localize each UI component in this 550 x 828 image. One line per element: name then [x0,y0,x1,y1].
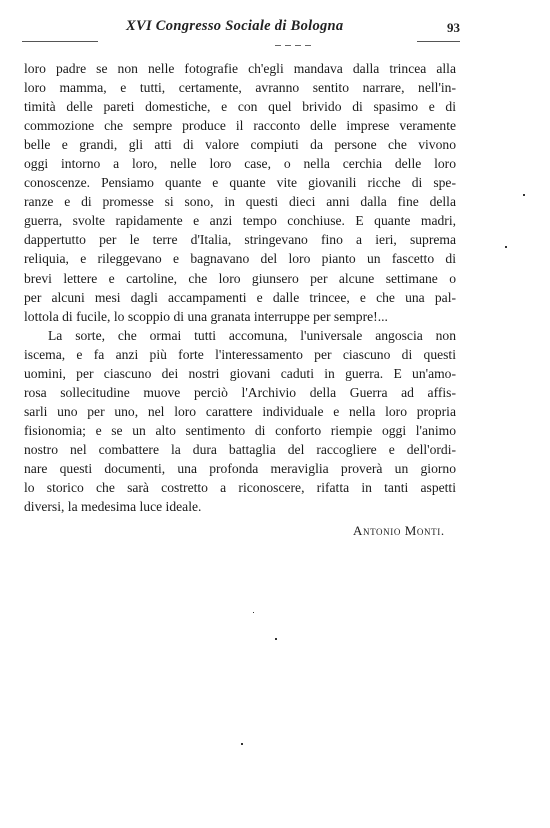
scan-speck [241,743,243,745]
text-line: sarli uno per uno, nel loro carattere in… [24,402,456,421]
body-text: loro padre se non nelle fotografie ch'eg… [24,59,456,516]
text-line: per alcuni mesi dagli accampamenti e dal… [24,288,456,307]
text-line: lo storico che sarà costretto a riconosc… [24,478,456,497]
text-line: timità delle pareti domestiche, e con qu… [24,97,456,116]
text-line: oggi intorno a loro, nelle loro case, o … [24,154,456,173]
text-line: dappertutto per le terre d'Italia, strin… [24,230,456,249]
text-line: rosa sollecitudine muove perciò l'Archiv… [24,383,456,402]
text-line: brevi lettere e cartoline, che loro giun… [24,269,456,288]
text-line: nare questi documenti, una profonda mera… [24,459,456,478]
header-rule-left [22,41,98,42]
text-line: loro padre se non nelle fotografie ch'eg… [24,59,456,78]
page-number: 93 [447,20,460,36]
text-line: uomini, per ciascuno dei nostri giovani … [24,364,456,383]
text-line: reliquia, e rileggevano e bagnavano del … [24,249,456,268]
text-line: loro mamma, e tutti, certamente, avranno… [24,78,456,97]
paragraph-first-line: La sorte, che ormai tutti accomuna, l'un… [24,326,456,345]
text-line: lottola di fucile, lo scoppio di una gra… [24,307,456,326]
author-signature: Antonio Monti. [353,523,445,539]
text-line: fisionomia; e se un alto sentimento di c… [24,421,456,440]
text-line: conoscenze. Pensiamo quante e quante vit… [24,173,456,192]
text-line: diversi, la medesima luce ideale. [24,497,456,516]
header-title: XVI Congresso Sociale di Bologna [126,18,343,35]
header-rule-center [275,45,315,46]
running-header: XVI Congresso Sociale di Bologna 93 [0,14,550,44]
text-line: nostro nel combattere la dura battaglia … [24,440,456,459]
scan-speck [523,194,525,196]
header-rule-right [417,41,460,42]
text-line: belle e grandi, gli atti di valore compi… [24,135,456,154]
text-line: ranze e di promesse si sono, in questi d… [24,192,456,211]
text-line: guerra, svolte rapidamente e anzi tempo … [24,211,456,230]
scan-speck [275,638,277,640]
text-line: iscema, e fa anzi più forte l'interessam… [24,345,456,364]
scan-speck [253,612,254,613]
text-line: commozione che sempre produce il raccont… [24,116,456,135]
scan-speck [505,246,507,248]
